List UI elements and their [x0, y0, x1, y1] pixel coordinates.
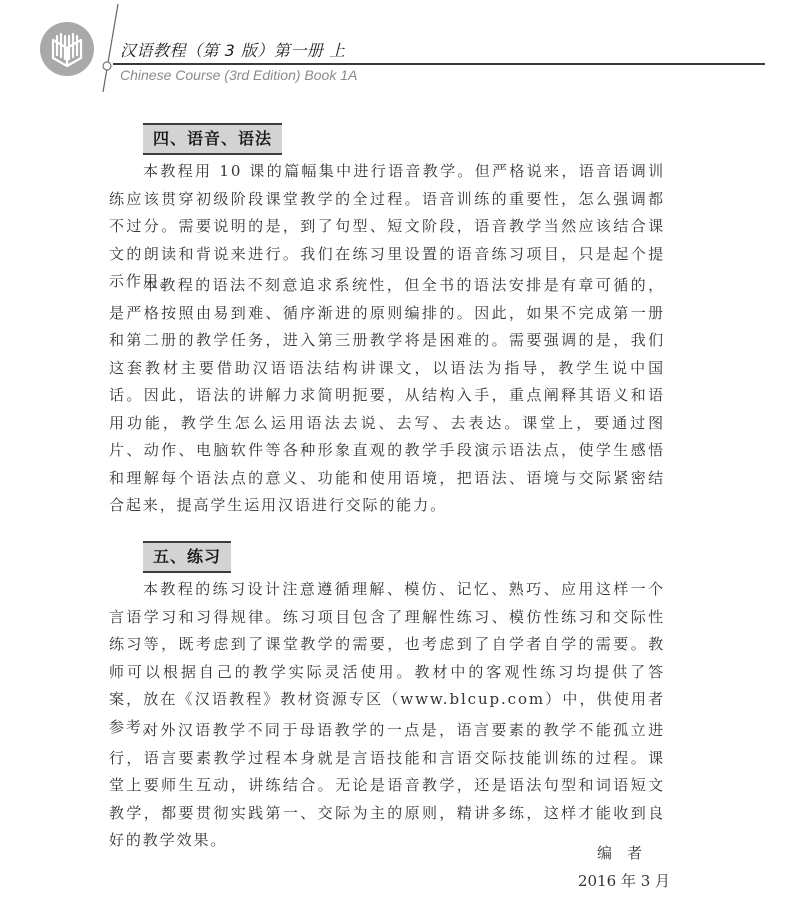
paragraph-teaching-principle: 对外汉语教学不同于母语教学的一点是，语言要素的教学不能孤立进行，语言要素教学过程…	[109, 717, 665, 855]
ornament-circle-icon	[103, 62, 111, 70]
signature-date: 2016 年 3 月	[578, 870, 670, 891]
section-heading-phonetics-grammar: 四、语音、语法	[143, 123, 282, 155]
header-ornament	[0, 0, 140, 100]
signature-author: 编 者	[597, 842, 642, 863]
section-heading-exercises: 五、练习	[143, 541, 231, 573]
paragraph-grammar: 本教程的语法不刻意追求系统性，但全书的语法安排是有章可循的，是严格按照由易到难、…	[109, 272, 665, 520]
header-rule	[113, 63, 765, 65]
book-subtitle: Chinese Course (3rd Edition) Book 1A	[120, 67, 357, 83]
book-title: 汉语教程（第 3 版）第一册 上	[120, 38, 345, 61]
